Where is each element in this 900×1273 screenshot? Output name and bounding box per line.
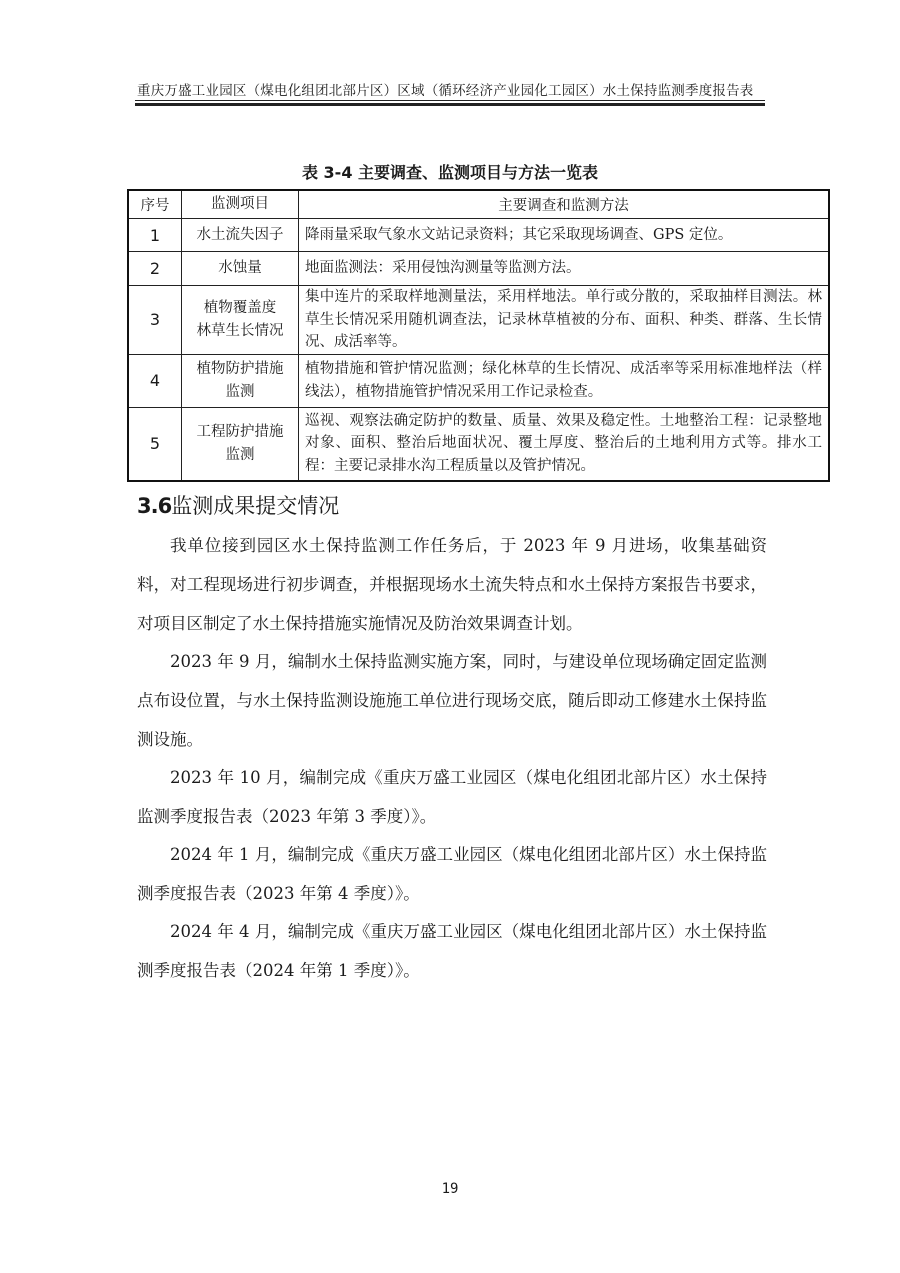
paragraph: 我单位接到园区水土保持监测工作任务后，于 2023 年 9 月进场，收集基础资料… <box>137 526 767 643</box>
methods-table: 序号 监测项目 主要调查和监测方法 1 水土流失因子 降雨量采取气象水文站记录资… <box>127 189 830 482</box>
row-item-line: 植物防护措施 <box>188 358 292 381</box>
row-number: 4 <box>128 354 182 407</box>
section-body: 2023 年 9 月，编制水土保持监测实施方案，同时，与建设单位现场确定固定监测… <box>137 642 767 759</box>
row-method: 地面监测法：采用侵蚀沟测量等监测方法。 <box>299 252 830 286</box>
column-header-method: 主要调查和监测方法 <box>299 190 830 219</box>
row-method: 巡视、观察法确定防护的数量、质量、效果及稳定性。土地整治工程：记录整地对象、面积… <box>299 407 830 481</box>
table-row: 1 水土流失因子 降雨量采取气象水文站记录资料；其它采取现场调查、GPS 定位。 <box>128 219 829 252</box>
row-item: 水土流失因子 <box>182 219 299 252</box>
section-body: 我单位接到园区水土保持监测工作任务后，于 2023 年 9 月进场，收集基础资料… <box>137 526 767 643</box>
page-number: 19 <box>0 1181 900 1197</box>
paragraph: 2023 年 9 月，编制水土保持监测实施方案，同时，与建设单位现场确定固定监测… <box>137 642 767 759</box>
section-number: 3.6 <box>137 494 171 518</box>
table-row: 2 水蚀量 地面监测法：采用侵蚀沟测量等监测方法。 <box>128 252 829 286</box>
row-item: 水蚀量 <box>182 252 299 286</box>
paragraph: 2024 年 4 月，编制完成《重庆万盛工业园区（煤电化组团北部片区）水土保持监… <box>137 912 767 990</box>
column-header-no: 序号 <box>128 190 182 219</box>
row-number: 2 <box>128 252 182 286</box>
header-rule-thin <box>135 100 765 101</box>
row-item-line: 监测 <box>188 381 292 404</box>
row-item-line: 工程防护措施 <box>188 421 292 444</box>
section-heading: 3.6监测成果提交情况 <box>137 490 339 520</box>
row-item: 植物防护措施 监测 <box>182 354 299 407</box>
table-header-row: 序号 监测项目 主要调查和监测方法 <box>128 190 829 219</box>
row-number: 5 <box>128 407 182 481</box>
header-rule-thick <box>135 103 765 106</box>
paragraph: 2024 年 1 月，编制完成《重庆万盛工业园区（煤电化组团北部片区）水土保持监… <box>137 835 767 913</box>
row-item-line: 植物覆盖度 <box>188 297 292 320</box>
section-body: 2023 年 10 月，编制完成《重庆万盛工业园区（煤电化组团北部片区）水土保持… <box>137 758 767 836</box>
row-item-line: 林草生长情况 <box>188 320 292 343</box>
table-row: 4 植物防护措施 监测 植物措施和管护情况监测；绿化林草的生长情况、成活率等采用… <box>128 354 829 407</box>
table-row: 5 工程防护措施 监测 巡视、观察法确定防护的数量、质量、效果及稳定性。土地整治… <box>128 407 829 481</box>
table-row: 3 植物覆盖度 林草生长情况 集中连片的采取样地测量法，采用样地法。单行或分散的… <box>128 286 829 355</box>
column-header-item: 监测项目 <box>182 190 299 219</box>
section-title: 监测成果提交情况 <box>171 494 339 518</box>
row-method: 植物措施和管护情况监测；绿化林草的生长情况、成活率等采用标准地样法（样线法），植… <box>299 354 830 407</box>
paragraph: 2023 年 10 月，编制完成《重庆万盛工业园区（煤电化组团北部片区）水土保持… <box>137 758 767 836</box>
table-caption: 表 3-4 主要调查、监测项目与方法一览表 <box>0 160 900 183</box>
row-method: 降雨量采取气象水文站记录资料；其它采取现场调查、GPS 定位。 <box>299 219 830 252</box>
row-number: 1 <box>128 219 182 252</box>
row-item-line: 监测 <box>188 444 292 467</box>
row-item: 工程防护措施 监测 <box>182 407 299 481</box>
section-body: 2024 年 1 月，编制完成《重庆万盛工业园区（煤电化组团北部片区）水土保持监… <box>137 835 767 913</box>
row-number: 3 <box>128 286 182 355</box>
row-method: 集中连片的采取样地测量法，采用样地法。单行或分散的，采取抽样目测法。林草生长情况… <box>299 286 830 355</box>
row-item: 植物覆盖度 林草生长情况 <box>182 286 299 355</box>
section-body: 2024 年 4 月，编制完成《重庆万盛工业园区（煤电化组团北部片区）水土保持监… <box>137 912 767 990</box>
running-header-title: 重庆万盛工业园区（煤电化组团北部片区）区域（循环经济产业园化工园区）水土保持监测… <box>137 79 754 99</box>
